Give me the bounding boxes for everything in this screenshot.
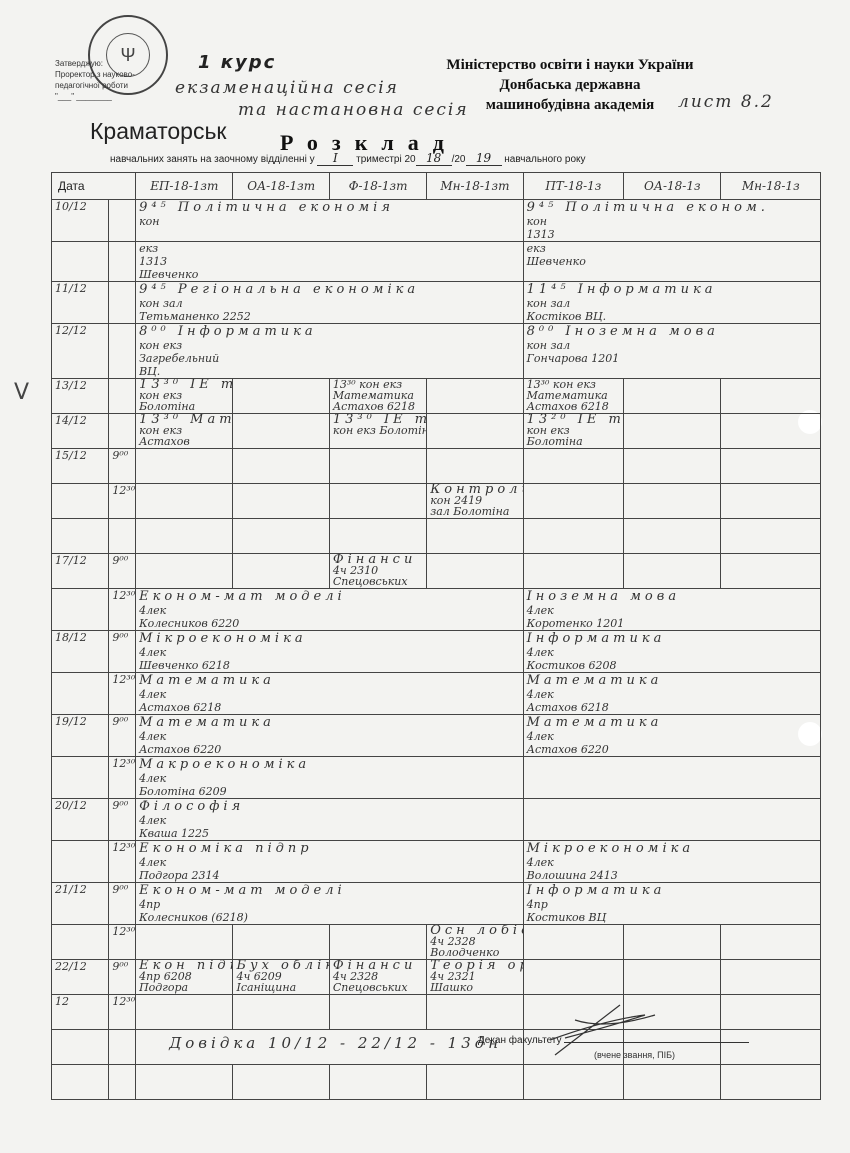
time-cell: 9⁰⁰ xyxy=(109,449,136,484)
schedule-cell xyxy=(721,484,821,519)
cell-text: Спецовських xyxy=(333,982,423,993)
schedule-cell-merged: Економ-мат моделі4прКолесников (6218) xyxy=(136,883,524,925)
cell-text: 8⁰⁰ Іноземна мова xyxy=(527,324,817,339)
approval-line: Проректор з науково- xyxy=(55,69,135,80)
schedule-cell xyxy=(427,519,523,554)
schedule-cell-merged: Мікроекономіка4лекВолошина 2413 xyxy=(523,841,820,883)
date-cell xyxy=(52,484,109,519)
schedule-cell xyxy=(233,925,329,960)
date-cell xyxy=(52,841,109,883)
schedule-cell xyxy=(523,554,623,589)
cell-text: кон екз xyxy=(139,339,520,352)
table-row: 15/129⁰⁰ xyxy=(52,449,821,484)
schedule-body: 10/129⁴⁵ Політична економіякон9⁴⁵ Політи… xyxy=(52,200,821,1100)
cell-text: Інформатика xyxy=(527,883,817,898)
schedule-cell xyxy=(136,449,233,484)
schedule-cell-merged: Філософія4лекКваша 1225 xyxy=(136,799,524,841)
schedule-cell xyxy=(721,379,821,414)
table-row xyxy=(52,1065,821,1100)
cell-text: кон xyxy=(139,215,520,228)
schedule-cell-merged: екз1313Шевченко xyxy=(136,242,524,282)
schedule-cell xyxy=(233,519,329,554)
schedule-cell: Бух облік4ч 6209Ісаніщина xyxy=(233,960,329,995)
time-cell xyxy=(109,282,136,324)
date-cell xyxy=(52,673,109,715)
date-cell: 17/12 xyxy=(52,554,109,589)
schedule-cell xyxy=(523,484,623,519)
schedule-cell xyxy=(329,1065,426,1100)
schedule-cell xyxy=(721,925,821,960)
schedule-cell-merged: 11⁴⁵ Інформатикакон залКостіков ВЦ. xyxy=(523,282,820,324)
cell-text: кон xyxy=(527,215,817,228)
cell-text: 9⁴⁵ Регіональна економіка xyxy=(139,282,520,297)
time-cell: 12³⁰ xyxy=(109,841,136,883)
cell-text: Економ-мат моделі xyxy=(139,883,520,898)
cell-text: Шевченко xyxy=(527,255,817,268)
table-row: 12³⁰Макроекономіка4лекБолотіна 6209 xyxy=(52,757,821,799)
table-row: 12³⁰Контрольнікон 2419зал Болотіна xyxy=(52,484,821,519)
cell-text: Тетьманенко 2252 xyxy=(139,310,520,323)
cell-text: екз xyxy=(527,242,817,255)
cell-text: 1313 xyxy=(527,228,817,241)
time-cell xyxy=(109,242,136,282)
group-header: ЕП-18-1зт xyxy=(136,173,233,200)
cell-text: Шашко xyxy=(430,982,519,993)
schedule-cell xyxy=(329,995,426,1030)
ministry-name: Міністерство освіти і науки України xyxy=(420,55,720,75)
subtitle: навчальних занять на заочному відділенні… xyxy=(110,151,586,166)
cell-text: Мікроекономіка xyxy=(139,631,520,646)
schedule-cell xyxy=(624,484,721,519)
cell-text: 1313 xyxy=(139,255,520,268)
date-cell xyxy=(52,1030,109,1065)
schedule-cell xyxy=(233,554,329,589)
schedule-cell-merged: 8⁰⁰ Іноземна мовакон залГончарова 1201 xyxy=(523,324,820,379)
summary-note: Довідка 10/12 - 22/12 - 13дн xyxy=(136,1030,524,1065)
schedule-cell: Фінанси4ч 2328Спецовських xyxy=(329,960,426,995)
schedule-cell xyxy=(233,1065,329,1100)
schedule-cell xyxy=(721,960,821,995)
table-row: 12³⁰Економіка підпр4лекПодгора 2314Мікро… xyxy=(52,841,821,883)
cell-text: Кваша 1225 xyxy=(139,827,520,840)
cell-text: 4лек xyxy=(527,730,817,743)
schedule-cell-merged: Мікроекономіка4лекШевченко 6218 xyxy=(136,631,524,673)
table-row: 21/129⁰⁰Економ-мат моделі4прКолесников (… xyxy=(52,883,821,925)
group-header: Ф-18-1зт xyxy=(329,173,426,200)
cell-text: Математика xyxy=(527,715,817,730)
check-mark-icon: V xyxy=(14,380,29,405)
date-cell xyxy=(52,757,109,799)
date-cell: 19/12 xyxy=(52,715,109,757)
schedule-cell xyxy=(329,484,426,519)
cell-text: Володченко xyxy=(430,947,519,958)
cell-text: Астахов xyxy=(139,436,229,447)
schedule-cell: 13³⁰ Математика 6209кон екзАстахов xyxy=(136,414,233,449)
schedule-cell xyxy=(427,414,523,449)
time-cell xyxy=(109,1030,136,1065)
course-label: 1 курс xyxy=(198,52,276,73)
schedule-cell xyxy=(136,1065,233,1100)
schedule-cell: Контрольнікон 2419зал Болотіна xyxy=(427,484,523,519)
cell-text: 4лек xyxy=(527,856,817,869)
cell-text: кон зал xyxy=(139,297,520,310)
time-cell: 12³⁰ xyxy=(109,757,136,799)
cell-text: Шевченко 6218 xyxy=(139,659,520,672)
cell-text: 4лек xyxy=(139,646,520,659)
cell-text: Шевченко xyxy=(139,268,520,281)
academy-name-1: Донбаська державна xyxy=(420,75,720,95)
date-cell xyxy=(52,519,109,554)
group-header: ПТ-18-1з xyxy=(523,173,623,200)
schedule-cell: Осн лобіст4ч 2328Володченко xyxy=(427,925,523,960)
cell-text: Астахов 6218 xyxy=(139,701,520,714)
schedule-cell xyxy=(233,379,329,414)
cell-text: 11⁴⁵ Інформатика xyxy=(527,282,817,297)
header-row: Дата ЕП-18-1зт ОА-18-1зт Ф-18-1зт Мн-18-… xyxy=(52,173,821,200)
year-from: 18 xyxy=(416,151,452,166)
schedule-cell xyxy=(624,925,721,960)
cell-text: Ісаніщина xyxy=(236,982,325,993)
date-cell xyxy=(52,242,109,282)
academy-name-2: машинобудівна академія xyxy=(420,95,720,115)
approval-line: "___" ________ xyxy=(55,91,135,102)
date-cell: 13/12 xyxy=(52,379,109,414)
schedule-cell-merged xyxy=(523,799,820,841)
date-cell: 12 xyxy=(52,995,109,1030)
time-cell xyxy=(109,379,136,414)
cell-text: 8⁰⁰ Інформатика xyxy=(139,324,520,339)
time-cell: 9⁰⁰ xyxy=(109,715,136,757)
cell-text: 4лек xyxy=(139,814,520,827)
schedule-cell xyxy=(233,449,329,484)
schedule-cell: 13³⁰ кон екзМатематикаАстахов 6218 xyxy=(329,379,426,414)
cell-text: Болотіна xyxy=(139,401,229,412)
schedule-cell-merged xyxy=(523,757,820,799)
schedule-cell: 13³⁰ кон екзМатематикаАстахов 6218 xyxy=(523,379,623,414)
cell-text: Колесников (6218) xyxy=(139,911,520,924)
schedule-cell xyxy=(624,1065,721,1100)
cell-text: Інформатика xyxy=(527,631,817,646)
schedule-cell xyxy=(523,960,623,995)
date-cell: 10/12 xyxy=(52,200,109,242)
table-row: 12/128⁰⁰ Інформатикакон екзЗагребельнийВ… xyxy=(52,324,821,379)
institution-heading: Міністерство освіти і науки України Донб… xyxy=(420,55,720,115)
date-cell xyxy=(52,1065,109,1100)
cell-text: 4пр xyxy=(139,898,520,911)
schedule-cell-merged: 8⁰⁰ Інформатикакон екзЗагребельнийВЦ. xyxy=(136,324,524,379)
schedule-cell xyxy=(427,449,523,484)
cell-text: Економіка підпр xyxy=(139,841,520,856)
time-cell xyxy=(109,1065,136,1100)
cell-text: 9⁴⁵ Політична економ. xyxy=(527,200,817,215)
schedule-cell xyxy=(721,554,821,589)
cell-text: 4лек xyxy=(139,604,520,617)
date-cell: 21/12 xyxy=(52,883,109,925)
schedule-cell xyxy=(329,449,426,484)
cell-text: Подгора xyxy=(139,982,229,993)
cell-text: Костиков 6208 xyxy=(527,659,817,672)
schedule-cell xyxy=(136,554,233,589)
cell-text: Астахов 6218 xyxy=(333,401,423,412)
date-cell: 15/12 xyxy=(52,449,109,484)
time-cell: 12³⁰ xyxy=(109,673,136,715)
date-cell xyxy=(52,589,109,631)
time-cell: 9⁰⁰ xyxy=(109,883,136,925)
cell-text: Болотіна 6209 xyxy=(139,785,520,798)
cell-text: Математика xyxy=(139,673,520,688)
schedule-cell xyxy=(233,995,329,1030)
time-cell: 12³⁰ xyxy=(109,484,136,519)
schedule-cell-merged: Економ-мат моделі4лекКолесников 6220 xyxy=(136,589,524,631)
schedule-cell xyxy=(721,519,821,554)
schedule-cell xyxy=(721,995,821,1030)
schedule-cell xyxy=(721,414,821,449)
cell-text: Астахов 6220 xyxy=(527,743,817,756)
table-row: 1212³⁰ xyxy=(52,995,821,1030)
date-cell xyxy=(52,925,109,960)
schedule-cell xyxy=(136,484,233,519)
schedule-cell-merged: Математика4лекАстахов 6218 xyxy=(523,673,820,715)
schedule-cell: 13³⁰ ІЕ та ЕД 2326кон екзБолотіна xyxy=(136,379,233,414)
cell-text: Костіков ВЦ. xyxy=(527,310,817,323)
schedule-cell-merged: Економіка підпр4лекПодгора 2314 xyxy=(136,841,524,883)
date-cell: 22/12 xyxy=(52,960,109,995)
schedule-cell xyxy=(233,484,329,519)
cell-text: 4лек xyxy=(527,646,817,659)
approval-line: педагогічної роботи xyxy=(55,80,135,91)
schedule-cell-merged: Інформатика4лекКостиков 6208 xyxy=(523,631,820,673)
cell-text: Астахов 6218 xyxy=(527,401,620,412)
table-row: 20/129⁰⁰Філософія4лекКваша 1225 xyxy=(52,799,821,841)
cell-text: Спецовських xyxy=(333,576,423,587)
cell-text: Подгора 2314 xyxy=(139,869,520,882)
summary-text: Довідка 10/12 - 22/12 - 13дн xyxy=(139,1030,520,1049)
schedule-cell-merged: Математика4лекАстахов 6220 xyxy=(523,715,820,757)
time-cell: 9⁰⁰ xyxy=(109,799,136,841)
schedule-cell: 13³⁰ ІЕ та ЕД 6207кон екз Болотіна xyxy=(329,414,426,449)
date-cell: 12/12 xyxy=(52,324,109,379)
cell-text: Астахов 6218 xyxy=(527,701,817,714)
schedule-cell xyxy=(427,1065,523,1100)
year-to: 19 xyxy=(466,151,502,166)
cell-text: Економ-мат моделі xyxy=(139,589,520,604)
subtitle-text: навчального року xyxy=(504,154,585,165)
table-row xyxy=(52,519,821,554)
schedule-cell xyxy=(233,414,329,449)
trimester-value: I xyxy=(317,151,353,166)
cell-text: Астахов 6220 xyxy=(139,743,520,756)
cell-text: 4лек xyxy=(139,772,520,785)
schedule-cell xyxy=(624,554,721,589)
schedule-cell xyxy=(523,519,623,554)
session-line-1: екзаменаційна сесія xyxy=(175,78,399,98)
time-cell xyxy=(109,324,136,379)
schedule-cell xyxy=(523,449,623,484)
schedule-cell xyxy=(624,960,721,995)
schedule-cell xyxy=(624,414,721,449)
cell-text: Загребельний xyxy=(139,352,520,365)
cell-text: Макроекономіка xyxy=(139,757,520,772)
cell-text: кон зал xyxy=(527,297,817,310)
table-row: 12³⁰Економ-мат моделі4лекКолесников 6220… xyxy=(52,589,821,631)
schedule-cell-merged: Макроекономіка4лекБолотіна 6209 xyxy=(136,757,524,799)
schedule-cell-merged: екзШевченко xyxy=(523,242,820,282)
approval-block: Затверджую: Проректор з науково- педагог… xyxy=(55,58,135,102)
schedule-cell xyxy=(427,379,523,414)
date-cell: 20/12 xyxy=(52,799,109,841)
cell-text: Філософія xyxy=(139,799,520,814)
group-header: ОА-18-1з xyxy=(624,173,721,200)
signature-scribble xyxy=(545,1000,665,1060)
table-row: 17/129⁰⁰Фінанси4ч 2310Спецовських xyxy=(52,554,821,589)
time-cell: 9⁰⁰ xyxy=(109,554,136,589)
city-name: Краматорськ xyxy=(90,118,226,145)
cell-text: 4лек xyxy=(139,856,520,869)
group-header: Мн-18-1з xyxy=(721,173,821,200)
cell-text: Гончарова 1201 xyxy=(527,352,817,365)
schedule-cell-merged: Математика4лекАстахов 6220 xyxy=(136,715,524,757)
group-header: ОА-18-1зт xyxy=(233,173,329,200)
cell-text: 4пр xyxy=(527,898,817,911)
cell-text: Мікроекономіка xyxy=(527,841,817,856)
table-row: екз1313ШевченкоекзШевченко xyxy=(52,242,821,282)
schedule-cell xyxy=(624,379,721,414)
cell-text: Коротенко 1201 xyxy=(527,617,817,630)
table-row: 14/1213³⁰ Математика 6209кон екзАстахов1… xyxy=(52,414,821,449)
date-header: Дата xyxy=(52,173,136,200)
schedule-cell xyxy=(329,519,426,554)
time-cell: 9⁰⁰ xyxy=(109,960,136,995)
schedule-cell xyxy=(136,925,233,960)
table-row: 19/129⁰⁰Математика4лекАстахов 6220Матема… xyxy=(52,715,821,757)
table-row: 10/129⁴⁵ Політична економіякон9⁴⁵ Політи… xyxy=(52,200,821,242)
schedule-cell: Теорія орг4ч 2321Шашко xyxy=(427,960,523,995)
subtitle-text: триместрі 20 xyxy=(356,154,415,165)
schedule-cell xyxy=(523,925,623,960)
schedule-cell-merged: Інформатика4прКостиков ВЦ xyxy=(523,883,820,925)
cell-text: Костиков ВЦ xyxy=(527,911,817,924)
time-cell: 12³⁰ xyxy=(109,925,136,960)
sheet-number: лист 8.2 xyxy=(678,92,774,112)
date-cell: 14/12 xyxy=(52,414,109,449)
table-row: 12³⁰Математика4лекАстахов 6218Математика… xyxy=(52,673,821,715)
group-header: Мн-18-1зт xyxy=(427,173,523,200)
schedule-cell-merged: 9⁴⁵ Політична економіякон xyxy=(136,200,524,242)
time-cell: 12³⁰ xyxy=(109,995,136,1030)
cell-text: 4лек xyxy=(527,604,817,617)
schedule-cell-merged: 9⁴⁵ Політична економ.кон1313 xyxy=(523,200,820,242)
schedule-cell xyxy=(523,1065,623,1100)
schedule-cell-merged: Іноземна мова4лекКоротенко 1201 xyxy=(523,589,820,631)
table-row: 22/129⁰⁰Екон підпр4пр 6208ПодгораБух обл… xyxy=(52,960,821,995)
cell-text: кон зал xyxy=(527,339,817,352)
time-cell xyxy=(109,519,136,554)
schedule-cell xyxy=(136,519,233,554)
cell-text: Колесников 6220 xyxy=(139,617,520,630)
schedule-cell xyxy=(329,925,426,960)
time-cell xyxy=(109,414,136,449)
cell-text: Болотіна xyxy=(527,436,620,447)
cell-text: екз xyxy=(139,242,520,255)
time-cell: 9⁰⁰ xyxy=(109,631,136,673)
cell-text: кон екз Болотіна xyxy=(333,425,423,436)
table-row: 13/1213³⁰ ІЕ та ЕД 2326кон екзБолотіна13… xyxy=(52,379,821,414)
cell-text: 4лек xyxy=(527,688,817,701)
cell-text: 9⁴⁵ Політична економія xyxy=(139,200,520,215)
table-row: 18/129⁰⁰Мікроекономіка4лекШевченко 6218І… xyxy=(52,631,821,673)
subtitle-text: /20 xyxy=(452,154,466,165)
schedule-cell: Фінанси4ч 2310Спецовських xyxy=(329,554,426,589)
schedule-cell-merged: 9⁴⁵ Регіональна економікакон залТетьмане… xyxy=(136,282,524,324)
cell-text: Іноземна мова xyxy=(527,589,817,604)
time-cell: 12³⁰ xyxy=(109,589,136,631)
cell-text: Волошина 2413 xyxy=(527,869,817,882)
schedule-cell xyxy=(624,449,721,484)
date-cell: 11/12 xyxy=(52,282,109,324)
schedule-cell xyxy=(624,519,721,554)
cell-text: 4лек xyxy=(139,688,520,701)
schedule-cell xyxy=(427,995,523,1030)
schedule-cell xyxy=(721,449,821,484)
cell-text: 4лек xyxy=(139,730,520,743)
schedule-cell: 13²⁰ ІЕ та ЕД 6207кон екзБолотіна xyxy=(523,414,623,449)
cell-text: зал Болотіна xyxy=(430,506,519,517)
cell-text: Математика xyxy=(527,673,817,688)
table-row: 11/129⁴⁵ Регіональна економікакон залТет… xyxy=(52,282,821,324)
date-cell: 18/12 xyxy=(52,631,109,673)
cell-text: Математика xyxy=(139,715,520,730)
schedule-table: Дата ЕП-18-1зт ОА-18-1зт Ф-18-1зт Мн-18-… xyxy=(51,172,821,1100)
approval-line: Затверджую: xyxy=(55,58,135,69)
schedule-cell-merged: Математика4лекАстахов 6218 xyxy=(136,673,524,715)
table-row: 12³⁰Осн лобіст4ч 2328Володченко xyxy=(52,925,821,960)
time-cell xyxy=(109,200,136,242)
cell-text: ВЦ. xyxy=(139,365,520,378)
schedule-cell: Екон підпр4пр 6208Подгора xyxy=(136,960,233,995)
schedule-cell xyxy=(721,1065,821,1100)
schedule-cell xyxy=(427,554,523,589)
subtitle-text: навчальних занять на заочному відділенні… xyxy=(110,154,315,165)
schedule-cell xyxy=(136,995,233,1030)
